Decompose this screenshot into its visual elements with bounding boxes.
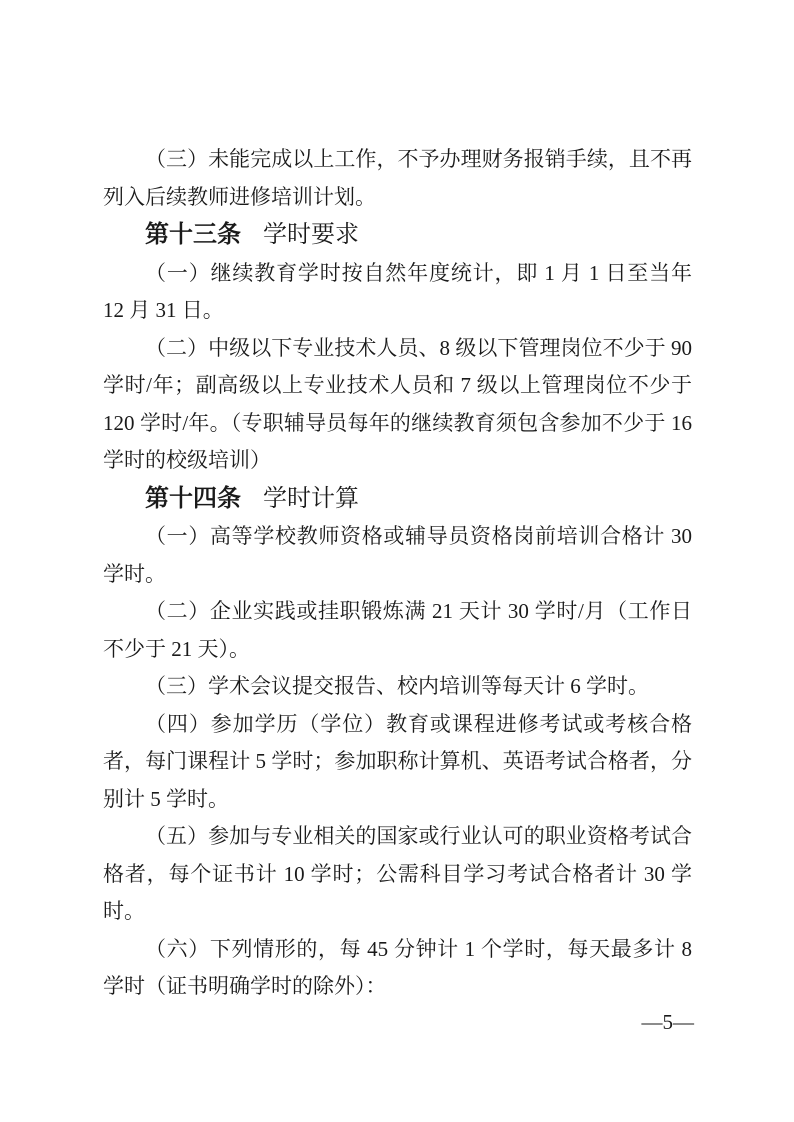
article-13-number: 第十三条 xyxy=(145,221,241,248)
paragraph-item-2-hour-requirements: （二）中级以下专业技术人员、8 级以下管理岗位不少于 90 学时/年；副高级以上… xyxy=(103,330,692,480)
article-14-number: 第十四条 xyxy=(145,485,241,512)
page-number: —5— xyxy=(642,1010,695,1034)
article-13-title: 学时要求 xyxy=(263,222,359,248)
paragraph-item-1-annual-statistics: （一）继续教育学时按自然年度统计，即 1 月 1 日至当年 12 月 31 日。 xyxy=(103,255,692,330)
paragraph-item-2-enterprise-practice: （二）企业实践或挂职锻炼满 21 天计 30 学时/月（工作日不少于 21 天）… xyxy=(103,593,692,668)
paragraph-item-3-academic-conference: （三）学术会议提交报告、校内培训等每天计 6 学时。 xyxy=(103,668,692,706)
article-14-heading: 第十四条学时计算 xyxy=(103,480,692,519)
document-body: （三）未能完成以上工作，不予办理财务报销手续，且不再列入后续教师进修培训计划。 … xyxy=(103,141,692,1006)
paragraph-item-1-qualification-training: （一）高等学校教师资格或辅导员资格岗前培训合格计 30 学时。 xyxy=(103,518,692,593)
page-footer: —5— xyxy=(642,1010,695,1034)
article-14-title: 学时计算 xyxy=(263,486,359,512)
paragraph-item-3-unfinished-work: （三）未能完成以上工作，不予办理财务报销手续，且不再列入后续教师进修培训计划。 xyxy=(103,141,692,216)
paragraph-item-5-vocational-certificates: （五）参加与专业相关的国家或行业认可的职业资格考试合格者，每个证书计 10 学时… xyxy=(103,818,692,931)
document-page: （三）未能完成以上工作，不予办理财务报销手续，且不再列入后续教师进修培训计划。 … xyxy=(0,0,794,1122)
article-13-heading: 第十三条学时要求 xyxy=(103,216,692,255)
paragraph-item-4-degree-education: （四）参加学历（学位）教育或课程进修考试或考核合格者，每门课程计 5 学时；参加… xyxy=(103,706,692,819)
paragraph-item-6-45min-rule: （六）下列情形的，每 45 分钟计 1 个学时，每天最多计 8 学时（证书明确学… xyxy=(103,931,692,1006)
